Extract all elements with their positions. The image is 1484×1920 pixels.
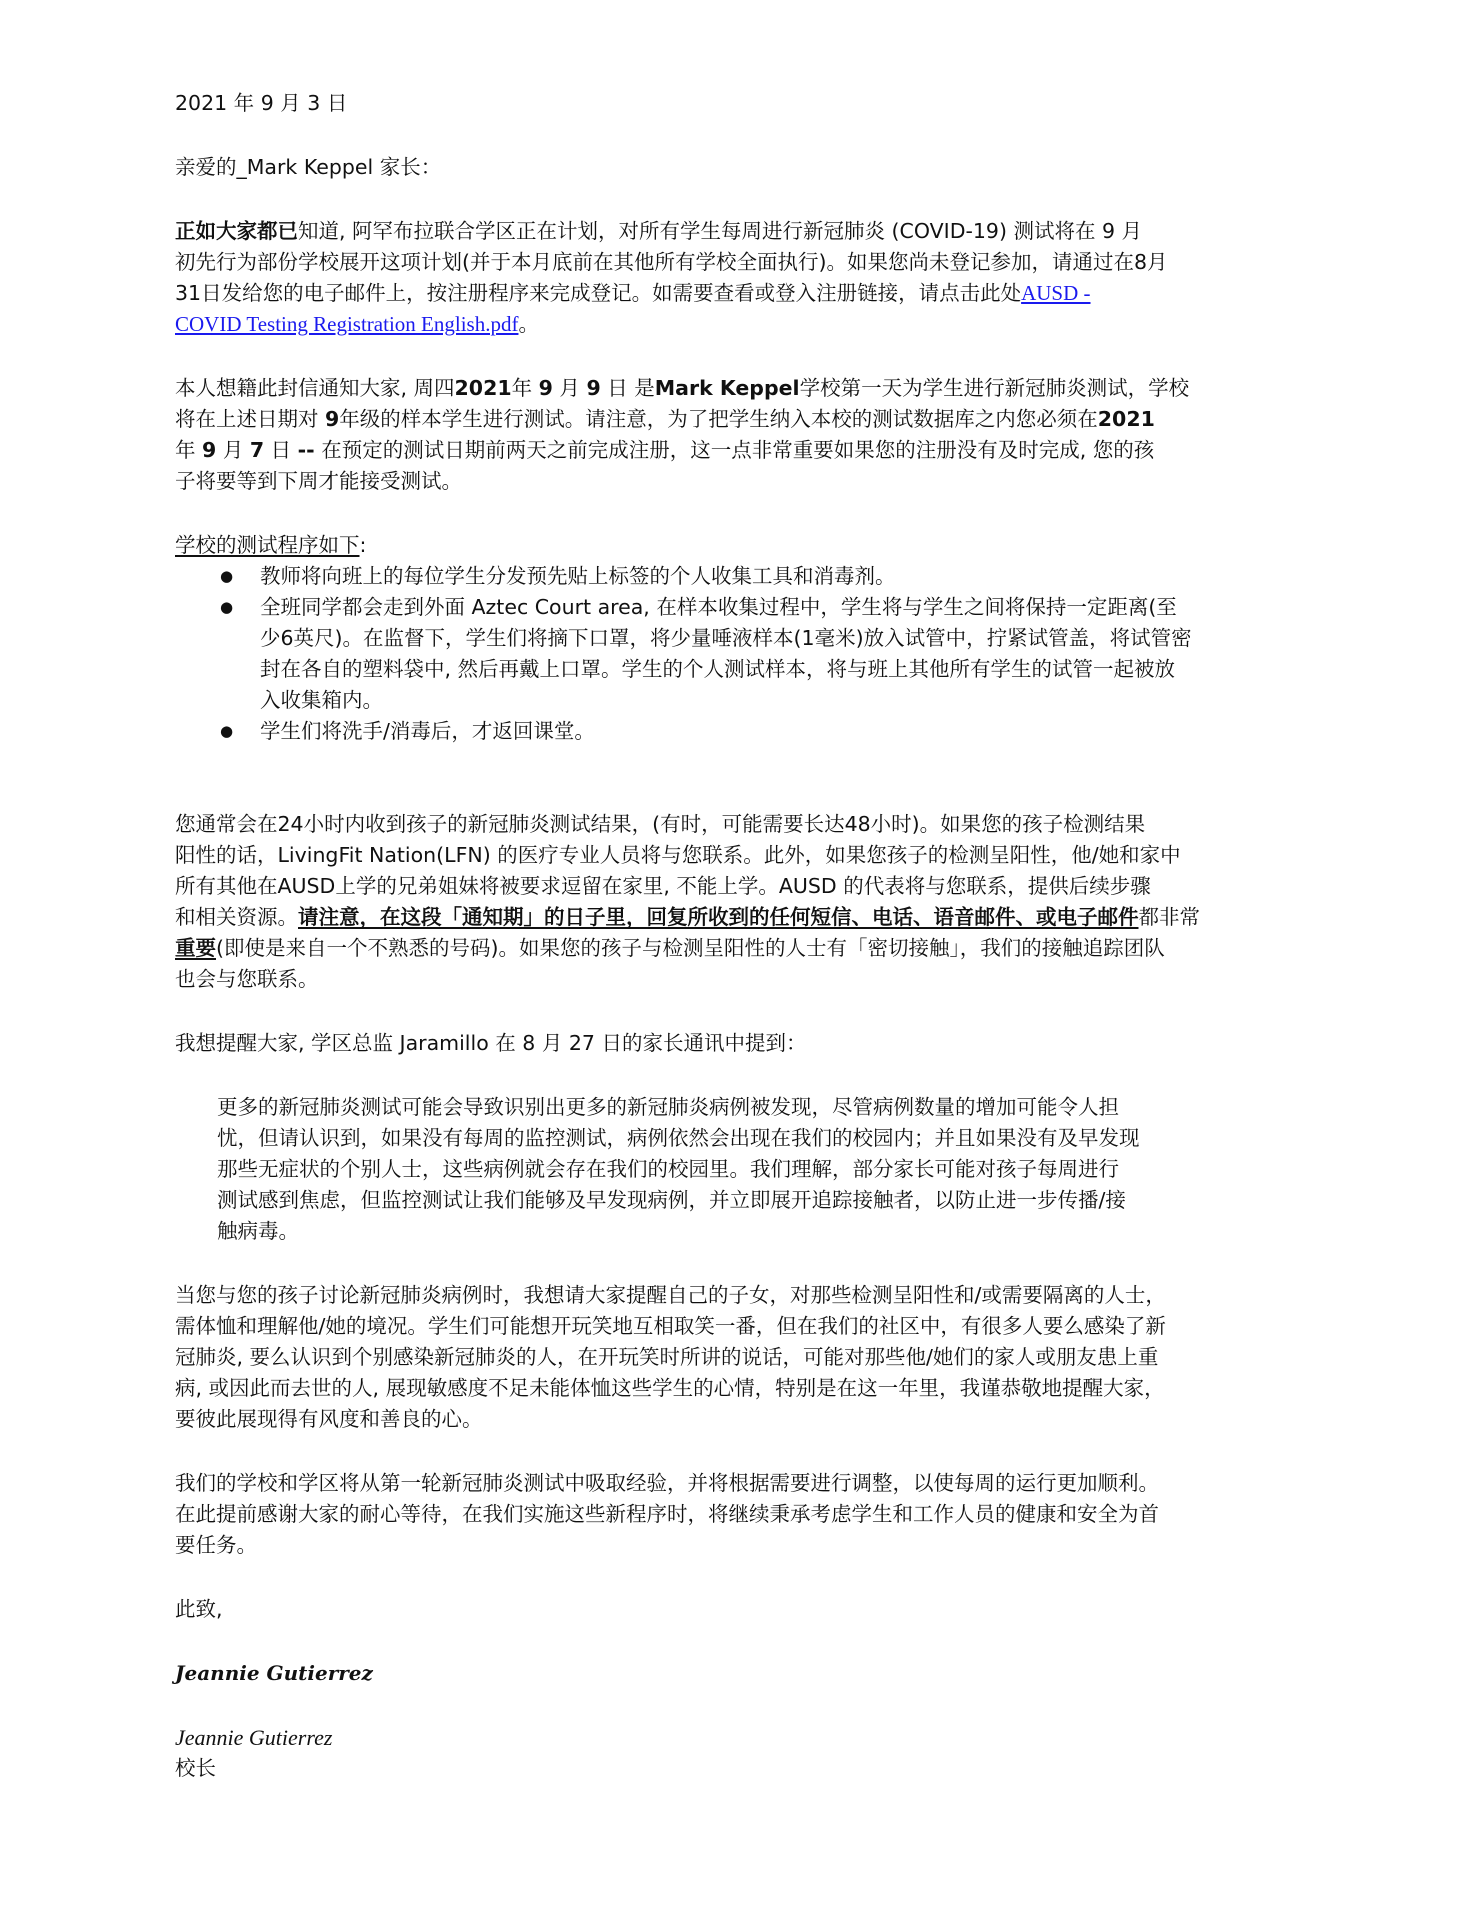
procedure-list: ● 教师将向班上的每位学生分发预先贴上标签的个人收集工具和消毒剂。 ● 全班同学…	[175, 561, 1375, 747]
letter-date: 2021 年 9 月 3 日	[175, 88, 1375, 119]
salutation: 亲爱的_Mark Keppel 家长：	[175, 152, 1375, 183]
bullet-icon: ●	[220, 592, 233, 623]
paragraph-intro: 正如大家都已知道, 阿罕布拉联合学区正在计划，对所有学生每周进行新冠肺炎 (CO…	[175, 216, 1375, 340]
paragraph-test-date: 本人想籍此封信通知大家, 周四2021年 9 月 9 日 是Mark Keppe…	[175, 373, 1375, 497]
letter-page: 2021 年 9 月 3 日 亲爱的_Mark Keppel 家长： 正如大家都…	[175, 88, 1375, 1784]
bullet-icon: ●	[220, 561, 233, 592]
registration-link-continued[interactable]: COVID Testing Registration English.pdf	[175, 312, 518, 336]
paragraph-closing: 我们的学校和学区将从第一轮新冠肺炎测试中吸取经验，并将根据需要进行调整，以使每周…	[175, 1468, 1375, 1561]
testing-procedure: 学校的测试程序如下: ● 教师将向班上的每位学生分发预先贴上标签的个人收集工具和…	[175, 530, 1375, 747]
registration-link[interactable]: AUSD -	[1021, 281, 1090, 305]
paragraph-superintendent: 我想提醒大家, 学区总监 Jaramillo 在 8 月 27 日的家长通讯中提…	[175, 1028, 1375, 1059]
superintendent-quote: 更多的新冠肺炎测试可能会导致识别出更多的新冠肺炎病例被发现，尽管病例数量的增加可…	[175, 1092, 1375, 1247]
signature-title: 校长	[175, 1753, 1375, 1784]
procedure-heading: 学校的测试程序如下	[175, 533, 360, 557]
list-item: ● 全班同学都会走到外面 Aztec Court area, 在样本收集过程中，…	[175, 592, 1375, 716]
bullet-icon: ●	[220, 716, 233, 747]
closing: 此致,	[175, 1594, 1375, 1625]
paragraph-empathy: 当您与您的孩子讨论新冠肺炎病例时，我想请大家提醒自己的子女，对那些检测呈阳性和/…	[175, 1280, 1375, 1435]
paragraph-results: 您通常会在24小时内收到孩子的新冠肺炎测试结果，(有时，可能需要长达48小时)。…	[175, 809, 1375, 995]
list-item: ● 教师将向班上的每位学生分发预先贴上标签的个人收集工具和消毒剂。	[175, 561, 1375, 592]
signature-script: Jeannie Gutierrez	[175, 1658, 1375, 1689]
list-item: ● 学生们将洗手/消毒后，才返回课堂。	[175, 716, 1375, 747]
signature-name: Jeannie Gutierrez	[175, 1722, 1375, 1753]
important-notice: 请注意，在这段「通知期」的日子里，回复所收到的任何短信、电话、语音邮件、或电子邮…	[298, 905, 1139, 929]
